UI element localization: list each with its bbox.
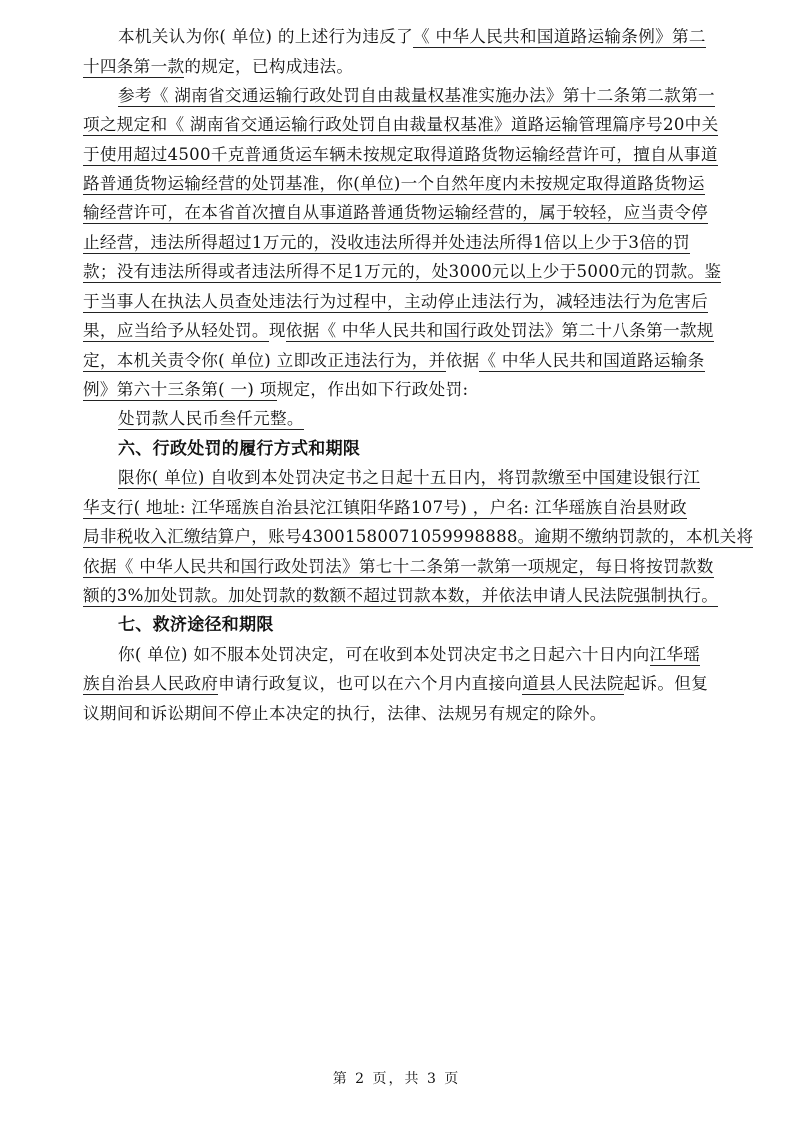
text-span: 现 [269,321,286,340]
text-line: 华支行( 地址: 江华瑶族自治县沱江镇阳华路107号) ，户名: 江华瑶族自治县… [83,497,687,519]
text-span: 六、行政处罚的履行方式和期限 [118,439,360,459]
text-line: 参考《 湖南省交通运输行政处罚自由裁量权基准实施办法》第十二条第二款第一 [118,85,715,107]
underlined-text: 江华瑶 [650,645,701,666]
text-line: 你( 单位) 如不服本处罚决定，可在收到本处罚决定书之日起六十日内向江华瑶 [118,644,700,666]
text-line: 十四条第一款的规定，已构成违法。 [83,56,353,78]
section-heading: 七、救济途径和期限 [118,614,274,636]
text-line: 额的3%加处罚款。加处罚款的数额不超过罚款本数，并依法申请人民法院强制执行。 [83,585,718,607]
text-line: 输经营许可，在本省首次擅自从事道路普通货物运输经营的，属于较轻，应当责令停 [83,202,708,224]
text-line: 议期间和诉讼期间不停止本决定的执行，法律、法规另有规定的除外。 [83,703,607,725]
underlined-text: 依据《 中华人民共和国行政处罚法》第二十八条第一款规 [286,321,714,342]
underlined-text: 例》第六十三条第( 一) 项 [83,380,277,401]
underlined-text: 十四条第一款 [83,57,184,78]
section-heading: 六、行政处罚的履行方式和期限 [118,438,360,460]
underlined-text: 局非税收入汇缴结算户，账号43001580071059998888。逾期不缴纳罚… [83,527,753,548]
text-span: 申请行政复议，也可以在六个月内直接向 [218,674,522,693]
underlined-text: 定，本机关责令你( 单位) 立即改正违法行为，并 [83,351,446,372]
underlined-text: 华支行( 地址: 江华瑶族自治县沱江镇阳华路107号) ，户名: 江华瑶族自治县… [83,498,687,519]
underlined-text: 于当事人在执法人员查处违法行为过程中，主动停止违法行为，减轻违法行为危害后 [83,292,708,313]
text-line: 处罚款人民币叁仟元整。 [118,408,304,430]
underlined-text: 处罚款人民币叁仟元整。 [118,409,304,430]
underlined-text: 《 中华人民共和国道路运输条 [479,351,704,372]
underlined-text: 款；没有违法所得或者违法所得不足1万元的，处3000元以上少于5000元的罚款。… [83,262,721,283]
page-footer: 第 2 页，共 3 页 [0,1068,793,1088]
text-span: 规定，作出如下行政处罚: [277,380,469,399]
underlined-text: 《 中华人民共和国道路运输条例》第二 [413,27,706,48]
text-span: 议期间和诉讼期间不停止本决定的执行，法律、法规另有规定的除外。 [83,704,607,723]
underlined-text: 止经营，违法所得超过1万元的，没收违法所得并处违法所得1倍以上少于3倍的罚 [83,233,690,254]
underlined-text: 道县人民法院 [522,674,623,695]
text-span: 依据 [446,351,480,370]
text-line: 本机关认为你( 单位) 的上述行为违反了《 中华人民共和国道路运输条例》第二 [118,26,706,48]
text-line: 局非税收入汇缴结算户，账号43001580071059998888。逾期不缴纳罚… [83,526,753,548]
underlined-text: 族自治县人民政府 [83,674,218,695]
underlined-text: 依据《 中华人民共和国行政处罚法》第七十二条第一款第一项规定，每日将按罚款数 [83,557,714,578]
text-line: 于使用超过4500千克普通货运车辆未按规定取得道路货物运输经营许可，擅自从事道 [83,144,718,166]
text-span: 七、救济途径和期限 [118,615,274,635]
text-line: 于当事人在执法人员查处违法行为过程中，主动停止违法行为，减轻违法行为危害后 [83,291,708,313]
underlined-text: 项之规定和《 湖南省交通运输行政处罚自由裁量权基准》道路运输管理篇序号20中关 [83,115,718,136]
text-line: 止经营，违法所得超过1万元的，没收违法所得并处违法所得1倍以上少于3倍的罚 [83,232,690,254]
text-line: 例》第六十三条第( 一) 项规定，作出如下行政处罚: [83,379,468,401]
text-line: 款；没有违法所得或者违法所得不足1万元的，处3000元以上少于5000元的罚款。… [83,261,721,283]
text-line: 限你( 单位) 自收到本处罚决定书之日起十五日内，将罚款缴至中国建设银行江 [118,467,700,489]
underlined-text: 参考《 湖南省交通运输行政处罚自由裁量权基准实施办法》第十二条第二款第一 [118,86,715,107]
text-line: 定，本机关责令你( 单位) 立即改正违法行为，并依据《 中华人民共和国道路运输条 [83,350,705,372]
text-span: 本机关认为你( 单位) 的上述行为违反了 [118,27,413,46]
text-span: 你( 单位) 如不服本处罚决定，可在收到本处罚决定书之日起六十日内向 [118,645,650,664]
underlined-text: 果，应当给予从轻处罚。 [83,321,269,342]
text-line: 果，应当给予从轻处罚。现依据《 中华人民共和国行政处罚法》第二十八条第一款规 [83,320,714,342]
text-line: 项之规定和《 湖南省交通运输行政处罚自由裁量权基准》道路运输管理篇序号20中关 [83,114,718,136]
text-line: 族自治县人民政府申请行政复议，也可以在六个月内直接向道县人民法院起诉。但复 [83,673,708,695]
underlined-text: 额的3%加处罚款。加处罚款的数额不超过罚款本数，并依法申请人民法院强制执行。 [83,586,718,607]
text-span: 起诉。但复 [624,674,708,693]
underlined-text: 限你( 单位) 自收到本处罚决定书之日起十五日内，将罚款缴至中国建设银行江 [118,468,700,489]
text-line: 依据《 中华人民共和国行政处罚法》第七十二条第一款第一项规定，每日将按罚款数 [83,556,714,578]
underlined-text: 路普通货物运输经营的处罚基准，你(单位)一个自然年度内未按规定取得道路货物运 [83,174,705,195]
text-line: 路普通货物运输经营的处罚基准，你(单位)一个自然年度内未按规定取得道路货物运 [83,173,705,195]
text-span: 的规定，已构成违法。 [184,57,353,76]
underlined-text: 于使用超过4500千克普通货运车辆未按规定取得道路货物运输经营许可，擅自从事道 [83,145,718,166]
underlined-text: 输经营许可，在本省首次擅自从事道路普通货物运输经营的，属于较轻，应当责令停 [83,203,708,224]
